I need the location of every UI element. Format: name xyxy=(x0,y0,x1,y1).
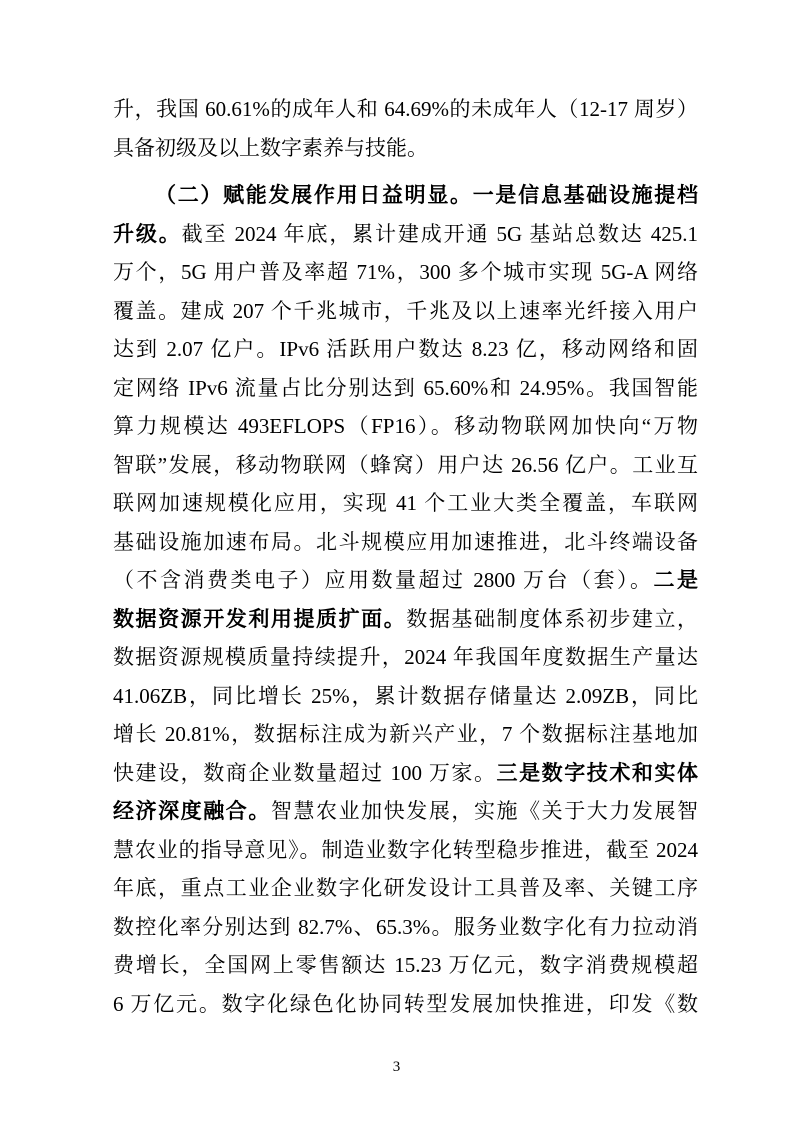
bold-text-run: 二是 xyxy=(654,568,699,592)
page-number: 3 xyxy=(393,1059,401,1075)
document-line: （不含消费类电子）应用数量超过 2800 万台（套）。二是 xyxy=(113,561,698,600)
text-run: 算力规模达 493EFLOPS（FP16）。移动物联网加快向“万物 xyxy=(113,414,698,438)
document-line: 基础设施加速布局。北斗规模应用加速推进，北斗终端设备 xyxy=(113,523,698,562)
text-run: 智慧农业加快发展，实施《关于大力发展智 xyxy=(271,799,698,823)
document-line: 费增长，全国网上零售额达 15.23 万亿元，数字消费规模超 xyxy=(113,946,698,985)
document-line: 年底，重点工业企业数字化研发设计工具普及率、关键工序 xyxy=(113,869,698,908)
text-run: 截至 2024 年底，累计建成开通 5G 基站总数达 425.1 xyxy=(182,222,698,246)
text-run: 达到 2.07 亿户。IPv6 活跃用户数达 8.23 亿，移动网络和固 xyxy=(113,337,698,361)
document-body: 升，我国 60.61%的成年人和 64.69%的未成年人（12-17 周岁）具备… xyxy=(113,90,698,1023)
document-line: 升级。截至 2024 年底，累计建成开通 5G 基站总数达 425.1 xyxy=(113,215,698,254)
document-line: 增长 20.81%，数据标注成为新兴产业，7 个数据标注基地加 xyxy=(113,715,698,754)
text-run: 升，我国 60.61%的成年人和 64.69%的未成年人（12-17 周岁） xyxy=(113,97,698,121)
bold-text-run: 三是数字技术和实体 xyxy=(497,761,698,785)
document-line: 联网加速规模化应用，实现 41 个工业大类全覆盖，车联网 xyxy=(113,484,698,523)
text-run: 数据基础制度体系初步建立， xyxy=(406,607,698,631)
text-run: 数控化率分别达到 82.7%、65.3%。服务业数字化有力拉动消 xyxy=(113,915,698,939)
bold-text-run: 升级。 xyxy=(113,222,182,246)
document-line: 达到 2.07 亿户。IPv6 活跃用户数达 8.23 亿，移动网络和固 xyxy=(113,330,698,369)
text-run: 联网加速规模化应用，实现 41 个工业大类全覆盖，车联网 xyxy=(113,491,698,515)
text-run: 具备初级及以上数字素养与技能。 xyxy=(113,136,428,160)
text-run: 年底，重点工业企业数字化研发设计工具普及率、关键工序 xyxy=(113,876,698,900)
document-page: 升，我国 60.61%的成年人和 64.69%的未成年人（12-17 周岁）具备… xyxy=(0,0,793,1122)
text-run: 数据资源规模质量持续提升，2024 年我国年度数据生产量达 xyxy=(113,645,698,669)
page-footer: 3 xyxy=(0,1055,793,1079)
document-line: 6 万亿元。数字化绿色化协同转型发展加快推进，印发《数 xyxy=(113,985,698,1024)
document-line: 数据资源开发利用提质扩面。数据基础制度体系初步建立， xyxy=(113,600,698,639)
document-line: 41.06ZB，同比增长 25%，累计数据存储量达 2.09ZB，同比 xyxy=(113,677,698,716)
text-run: 覆盖。建成 207 个千兆城市，千兆及以上速率光纤接入用户 xyxy=(113,299,698,323)
text-run: 慧农业的指导意见》。制造业数字化转型稳步推进，截至 2024 xyxy=(113,838,698,862)
document-line: 覆盖。建成 207 个千兆城市，千兆及以上速率光纤接入用户 xyxy=(113,292,698,331)
text-run: 快建设，数商企业数量超过 100 万家。 xyxy=(113,761,497,785)
document-line: 经济深度融合。智慧农业加快发展，实施《关于大力发展智 xyxy=(113,792,698,831)
document-line: 定网络 IPv6 流量占比分别达到 65.60%和 24.95%。我国智能 xyxy=(113,369,698,408)
document-line: 快建设，数商企业数量超过 100 万家。三是数字技术和实体 xyxy=(113,754,698,793)
document-line: 智联”发展，移动物联网（蜂窝）用户达 26.56 亿户。工业互 xyxy=(113,446,698,485)
text-run: 41.06ZB，同比增长 25%，累计数据存储量达 2.09ZB，同比 xyxy=(113,684,698,708)
bold-text-run: 数据资源开发利用提质扩面。 xyxy=(113,607,406,631)
text-run: 定网络 IPv6 流量占比分别达到 65.60%和 24.95%。我国智能 xyxy=(113,376,698,400)
document-line: 升，我国 60.61%的成年人和 64.69%的未成年人（12-17 周岁） xyxy=(113,90,698,129)
document-line: 数控化率分别达到 82.7%、65.3%。服务业数字化有力拉动消 xyxy=(113,908,698,947)
text-run: 费增长，全国网上零售额达 15.23 万亿元，数字消费规模超 xyxy=(113,953,698,977)
bold-text-run: （二）赋能发展作用日益明显。一是信息基础设施提档 xyxy=(155,183,698,207)
text-run: 万个，5G 用户普及率超 71%，300 多个城市实现 5G-A 网络 xyxy=(113,260,698,284)
document-line: 算力规模达 493EFLOPS（FP16）。移动物联网加快向“万物 xyxy=(113,407,698,446)
document-line: 具备初级及以上数字素养与技能。 xyxy=(113,129,698,168)
bold-text-run: 经济深度融合。 xyxy=(113,799,271,823)
text-run: 智联”发展，移动物联网（蜂窝）用户达 26.56 亿户。工业互 xyxy=(113,453,698,477)
document-line: 慧农业的指导意见》。制造业数字化转型稳步推进，截至 2024 xyxy=(113,831,698,870)
text-run: 基础设施加速布局。北斗规模应用加速推进，北斗终端设备 xyxy=(113,530,698,554)
text-run: 增长 20.81%，数据标注成为新兴产业，7 个数据标注基地加 xyxy=(113,722,698,746)
text-run: 6 万亿元。数字化绿色化协同转型发展加快推进，印发《数 xyxy=(113,992,698,1016)
document-line: 万个，5G 用户普及率超 71%，300 多个城市实现 5G-A 网络 xyxy=(113,253,698,292)
text-run: （不含消费类电子）应用数量超过 2800 万台（套）。 xyxy=(113,568,654,592)
document-line: （二）赋能发展作用日益明显。一是信息基础设施提档 xyxy=(113,176,698,215)
document-line: 数据资源规模质量持续提升，2024 年我国年度数据生产量达 xyxy=(113,638,698,677)
